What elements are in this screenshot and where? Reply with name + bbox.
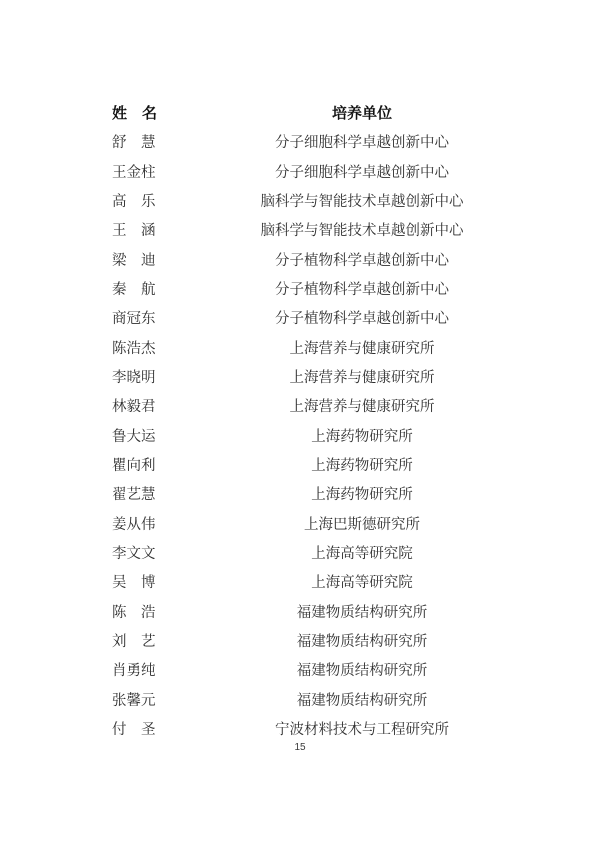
unit-cell: 福建物质结构研究所 [159, 689, 565, 710]
name-cell: 舒 慧 [112, 131, 159, 152]
table-row: 高 乐 脑科学与智能技术卓越创新中心 [0, 186, 600, 215]
table-row: 李文文 上海高等研究院 [0, 538, 600, 567]
unit-cell: 上海药物研究所 [159, 454, 565, 475]
unit-cell: 分子细胞科学卓越创新中心 [159, 161, 565, 182]
table-row: 林毅君 上海营养与健康研究所 [0, 391, 600, 420]
unit-cell: 分子植物科学卓越创新中心 [159, 307, 565, 328]
document-page: 姓 名 培养单位 舒 慧 分子细胞科学卓越创新中心 王金柱 分子细胞科学卓越创新… [0, 0, 600, 848]
table-row: 王金柱 分子细胞科学卓越创新中心 [0, 157, 600, 186]
name-cell: 林毅君 [112, 395, 159, 416]
table-row: 商冠东 分子植物科学卓越创新中心 [0, 303, 600, 332]
name-cell: 王金柱 [112, 161, 159, 182]
unit-cell: 分子植物科学卓越创新中心 [159, 249, 565, 270]
name-cell: 肖勇纯 [112, 659, 159, 680]
table-row: 付 圣 宁波材料技术与工程研究所 [0, 714, 600, 743]
table-header-row: 姓 名 培养单位 [0, 98, 600, 127]
unit-cell: 分子植物科学卓越创新中心 [159, 278, 565, 299]
table-row: 肖勇纯 福建物质结构研究所 [0, 655, 600, 684]
unit-cell: 上海药物研究所 [159, 425, 565, 446]
unit-cell: 福建物质结构研究所 [159, 659, 565, 680]
table-row: 姜从伟 上海巴斯德研究所 [0, 509, 600, 538]
unit-cell: 脑科学与智能技术卓越创新中心 [159, 219, 565, 240]
unit-cell: 上海营养与健康研究所 [159, 366, 565, 387]
unit-cell: 分子细胞科学卓越创新中心 [159, 131, 565, 152]
name-cell: 陈 浩 [112, 601, 159, 622]
name-cell: 梁 迪 [112, 249, 159, 270]
unit-cell: 上海药物研究所 [159, 483, 565, 504]
page-number: 15 [0, 742, 600, 753]
name-cell: 陈浩杰 [112, 337, 159, 358]
name-cell: 张馨元 [112, 689, 159, 710]
table-row: 鲁大运 上海药物研究所 [0, 421, 600, 450]
name-cell: 鲁大运 [112, 425, 159, 446]
unit-cell: 上海营养与健康研究所 [159, 395, 565, 416]
unit-cell: 福建物质结构研究所 [159, 601, 565, 622]
table-row: 翟艺慧 上海药物研究所 [0, 479, 600, 508]
unit-cell: 上海高等研究院 [159, 542, 565, 563]
table-body: 舒 慧 分子细胞科学卓越创新中心 王金柱 分子细胞科学卓越创新中心 高 乐 脑科… [0, 127, 600, 743]
unit-cell: 上海巴斯德研究所 [159, 513, 565, 534]
table-row: 梁 迪 分子植物科学卓越创新中心 [0, 245, 600, 274]
name-cell: 付 圣 [112, 718, 159, 739]
table-row: 陈 浩 福建物质结构研究所 [0, 597, 600, 626]
name-cell: 瞿向利 [112, 454, 159, 475]
name-cell: 李晓明 [112, 366, 159, 387]
name-cell: 翟艺慧 [112, 483, 159, 504]
unit-cell: 福建物质结构研究所 [159, 630, 565, 651]
name-cell: 秦 航 [112, 278, 159, 299]
table-row: 秦 航 分子植物科学卓越创新中心 [0, 274, 600, 303]
name-cell: 吴 博 [112, 571, 159, 592]
roster-table: 姓 名 培养单位 舒 慧 分子细胞科学卓越创新中心 王金柱 分子细胞科学卓越创新… [0, 98, 600, 743]
name-cell: 王 涵 [112, 219, 159, 240]
table-row: 舒 慧 分子细胞科学卓越创新中心 [0, 127, 600, 156]
name-cell: 高 乐 [112, 190, 159, 211]
name-cell: 商冠东 [112, 307, 159, 328]
table-row: 陈浩杰 上海营养与健康研究所 [0, 333, 600, 362]
column-header-name: 姓 名 [112, 102, 159, 123]
name-cell: 姜从伟 [112, 513, 159, 534]
table-row: 张馨元 福建物质结构研究所 [0, 685, 600, 714]
unit-cell: 脑科学与智能技术卓越创新中心 [159, 190, 565, 211]
unit-cell: 上海营养与健康研究所 [159, 337, 565, 358]
table-row: 王 涵 脑科学与智能技术卓越创新中心 [0, 215, 600, 244]
table-row: 瞿向利 上海药物研究所 [0, 450, 600, 479]
table-row: 吴 博 上海高等研究院 [0, 567, 600, 596]
name-cell: 刘 艺 [112, 630, 159, 651]
name-cell: 李文文 [112, 542, 159, 563]
table-row: 刘 艺 福建物质结构研究所 [0, 626, 600, 655]
column-header-unit: 培养单位 [159, 102, 565, 123]
table-row: 李晓明 上海营养与健康研究所 [0, 362, 600, 391]
unit-cell: 上海高等研究院 [159, 571, 565, 592]
unit-cell: 宁波材料技术与工程研究所 [159, 718, 565, 739]
